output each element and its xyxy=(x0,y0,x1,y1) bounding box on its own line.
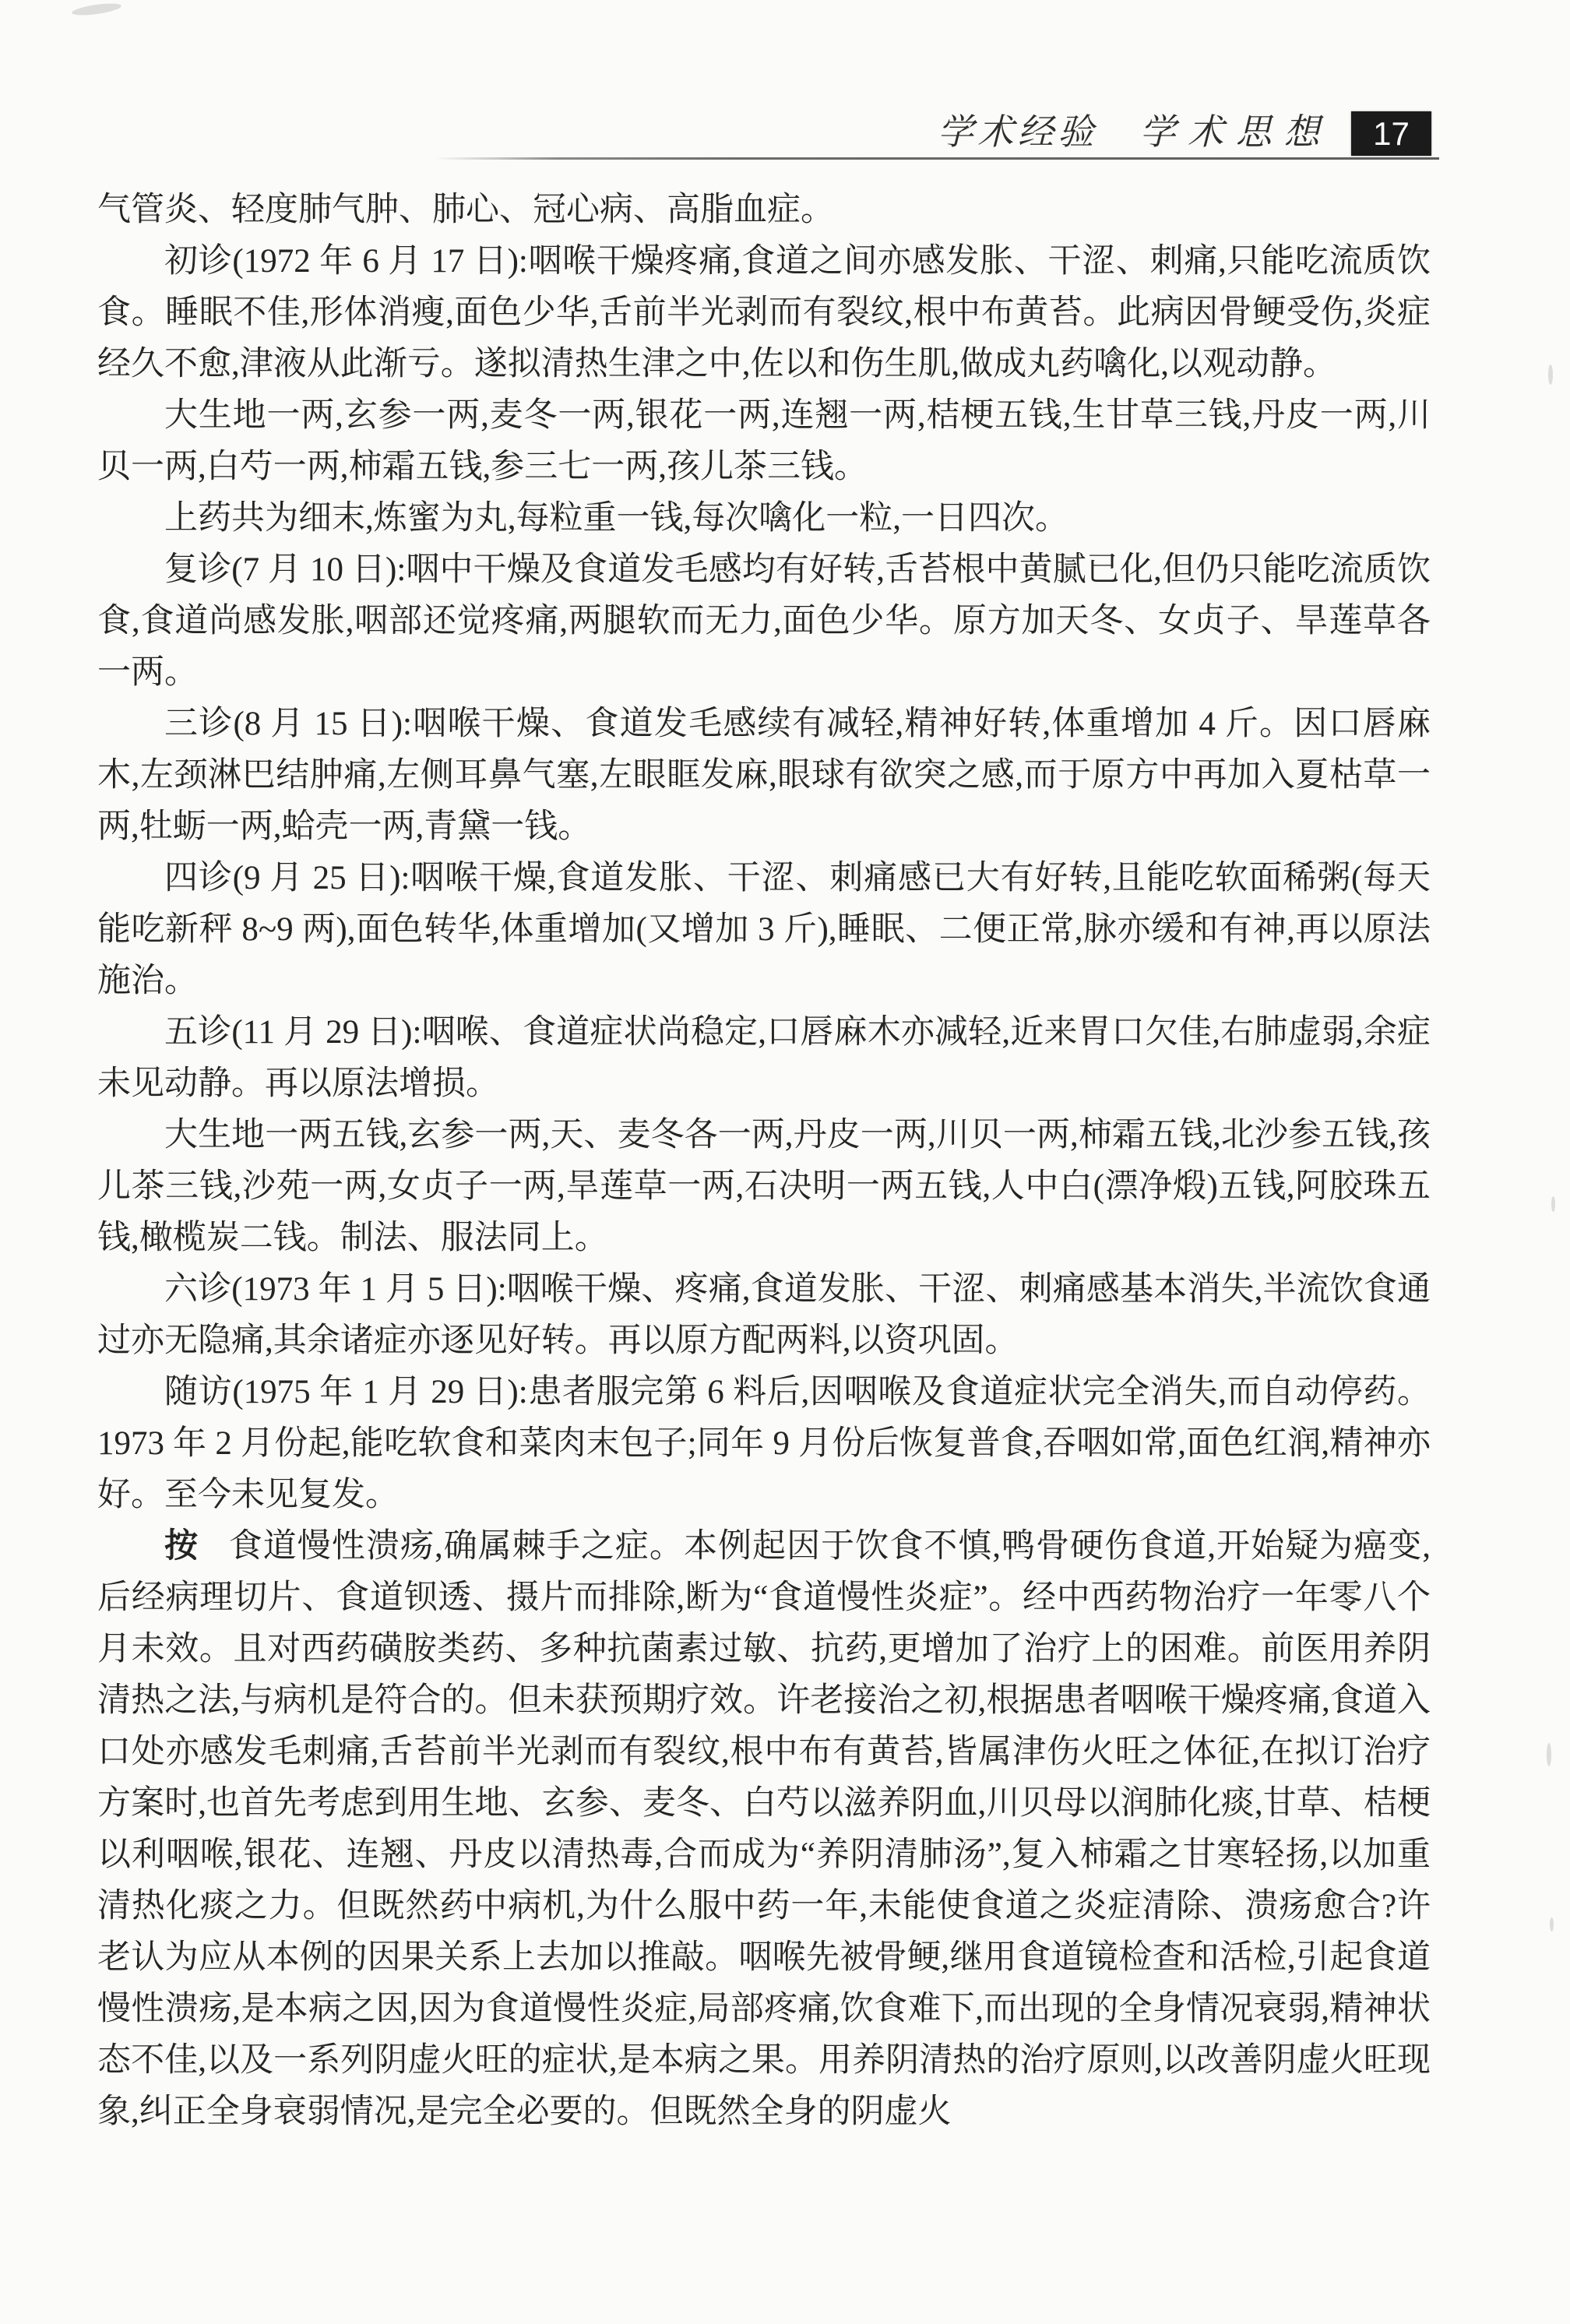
scan-speck xyxy=(71,2,121,18)
paragraph: 复诊(7 月 10 日):咽中干燥及食道发毛感均有好转,舌苔根中黄腻已化,但仍只… xyxy=(97,544,1431,699)
paragraph: 按食道慢性溃疡,确属棘手之症。本例起因于饮食不慎,鸭骨硬伤食道,开始疑为癌变,后… xyxy=(97,1521,1431,2138)
page-body: 气管炎、轻度肺气肿、肺心、冠心病、高脂血症。 初诊(1972 年 6 月 17 … xyxy=(97,185,1431,2138)
paragraph: 初诊(1972 年 6 月 17 日):咽喉干燥疼痛,食道之间亦感发胀、干涩、刺… xyxy=(97,236,1431,390)
paragraph-text: 初诊(1972 年 6 月 17 日):咽喉干燥疼痛,食道之间亦感发胀、干涩、刺… xyxy=(97,243,1431,382)
scan-speck xyxy=(1550,1917,1554,1931)
paragraph-text: 食道慢性溃疡,确属棘手之症。本例起因于饮食不慎,鸭骨硬伤食道,开始疑为癌变,后经… xyxy=(97,1528,1431,2130)
page-number: 17 xyxy=(1373,115,1410,153)
header-divider xyxy=(435,157,1439,160)
paragraph-text: 随访(1975 年 1 月 29 日):患者服完第 6 料后,因咽喉及食道症状完… xyxy=(97,1374,1431,1513)
paragraph: 随访(1975 年 1 月 29 日):患者服完第 6 料后,因咽喉及食道症状完… xyxy=(97,1367,1431,1521)
annotation-label: 按 xyxy=(164,1528,199,1565)
paragraph: 大生地一两五钱,玄参一两,天、麦冬各一两,丹皮一两,川贝一两,柿霜五钱,北沙参五… xyxy=(97,1110,1431,1264)
paragraph: 大生地一两,玄参一两,麦冬一两,银花一两,连翘一两,桔梗五钱,生甘草三钱,丹皮一… xyxy=(97,390,1431,493)
book-page: 学术经验 学术思想 17 气管炎、轻度肺气肿、肺心、冠心病、高脂血症。 初诊(1… xyxy=(0,0,1570,2324)
running-title-right: 学术思想 xyxy=(1139,112,1332,152)
paragraph-text: 大生地一两五钱,玄参一两,天、麦冬各一两,丹皮一两,川贝一两,柿霜五钱,北沙参五… xyxy=(97,1117,1431,1256)
scan-speck xyxy=(1548,364,1553,385)
paragraph: 五诊(11 月 29 日):咽喉、食道症状尚稳定,口唇麻木亦减轻,近来胃口欠佳,… xyxy=(97,1007,1431,1110)
paragraph-text: 气管炎、轻度肺气肿、肺心、冠心病、高脂血症。 xyxy=(97,192,834,228)
paragraph-text: 四诊(9 月 25 日):咽喉干燥,食道发胀、干涩、刺痛感已大有好转,且能吃软面… xyxy=(97,860,1431,999)
running-title: 学术经验 学术思想 xyxy=(938,112,1332,153)
paragraph: 气管炎、轻度肺气肿、肺心、冠心病、高脂血症。 xyxy=(97,185,1431,236)
scan-speck xyxy=(1547,1743,1551,1766)
page-number-badge: 17 xyxy=(1351,111,1431,156)
paragraph: 六诊(1973 年 1 月 5 日):咽喉干燥、疼痛,食道发胀、干涩、刺痛感基本… xyxy=(97,1264,1431,1367)
paragraph: 三诊(8 月 15 日):咽喉干燥、食道发毛感续有减轻,精神好转,体重增加 4 … xyxy=(97,699,1431,853)
paragraph-text: 上药共为细末,炼蜜为丸,每粒重一钱,每次噙化一粒,一日四次。 xyxy=(164,500,1068,537)
paragraph-text: 复诊(7 月 10 日):咽中干燥及食道发毛感均有好转,舌苔根中黄腻已化,但仍只… xyxy=(97,551,1431,691)
running-title-left: 学术经验 xyxy=(938,112,1098,152)
paragraph-text: 六诊(1973 年 1 月 5 日):咽喉干燥、疼痛,食道发胀、干涩、刺痛感基本… xyxy=(97,1271,1431,1359)
paragraph: 四诊(9 月 25 日):咽喉干燥,食道发胀、干涩、刺痛感已大有好转,且能吃软面… xyxy=(97,853,1431,1007)
paragraph-text: 五诊(11 月 29 日):咽喉、食道症状尚稳定,口唇麻木亦减轻,近来胃口欠佳,… xyxy=(97,1014,1431,1102)
paragraph-text: 三诊(8 月 15 日):咽喉干燥、食道发毛感续有减轻,精神好转,体重增加 4 … xyxy=(97,706,1431,845)
paragraph: 上药共为细末,炼蜜为丸,每粒重一钱,每次噙化一粒,一日四次。 xyxy=(97,493,1431,544)
scan-speck xyxy=(1551,1196,1555,1212)
paragraph-text: 大生地一两,玄参一两,麦冬一两,银花一两,连翘一两,桔梗五钱,生甘草三钱,丹皮一… xyxy=(97,397,1431,485)
